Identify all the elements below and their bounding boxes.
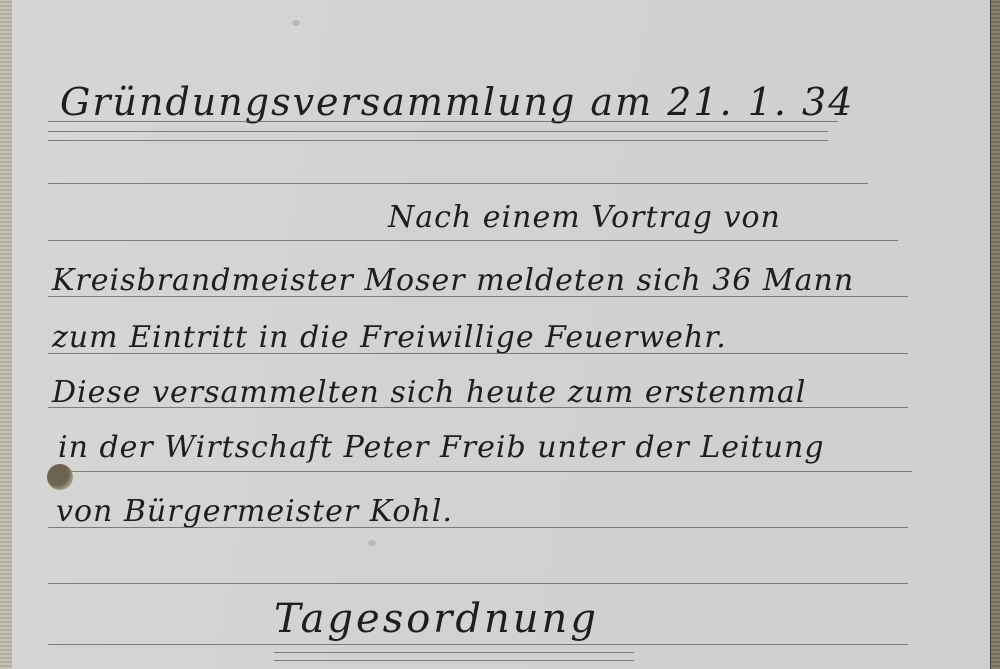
text-line-6: von Bürgermeister Kohl. [56, 494, 453, 529]
backing-right [990, 0, 1000, 669]
rule-line [48, 353, 908, 354]
rule-line [48, 407, 908, 408]
title-underline-1 [48, 131, 828, 132]
title-underline-2 [48, 140, 828, 141]
heading-underline-2 [274, 660, 634, 661]
agenda-heading: Tagesordnung [274, 596, 599, 642]
rule-line [62, 471, 912, 472]
paper-spot [292, 20, 300, 26]
text-line-2: Kreisbrandmeister Moser meldeten sich 36… [52, 263, 854, 298]
paper-spot [368, 540, 376, 546]
rule-line [48, 183, 868, 184]
title-rule [48, 121, 838, 122]
text-line-4: Diese versammelten sich heute zum ersten… [52, 375, 806, 410]
text-line-5: in der Wirtschaft Peter Freib unter der … [58, 430, 825, 465]
document-sheet: Gründungsversammlung am 21. 1. 34 Nach e… [12, 0, 990, 669]
rule-line [48, 296, 908, 297]
rule-line [48, 583, 908, 584]
document-title: Gründungsversammlung am 21. 1. 34 [60, 80, 854, 124]
heading-underline-1 [274, 652, 634, 653]
rule-line [48, 644, 908, 645]
text-line-3: zum Eintritt in die Freiwillige Feuerweh… [52, 320, 727, 355]
punch-hole [47, 464, 73, 490]
rule-line [48, 527, 908, 528]
rule-line [48, 240, 898, 241]
text-line-1: Nach einem Vortrag von [388, 200, 781, 235]
